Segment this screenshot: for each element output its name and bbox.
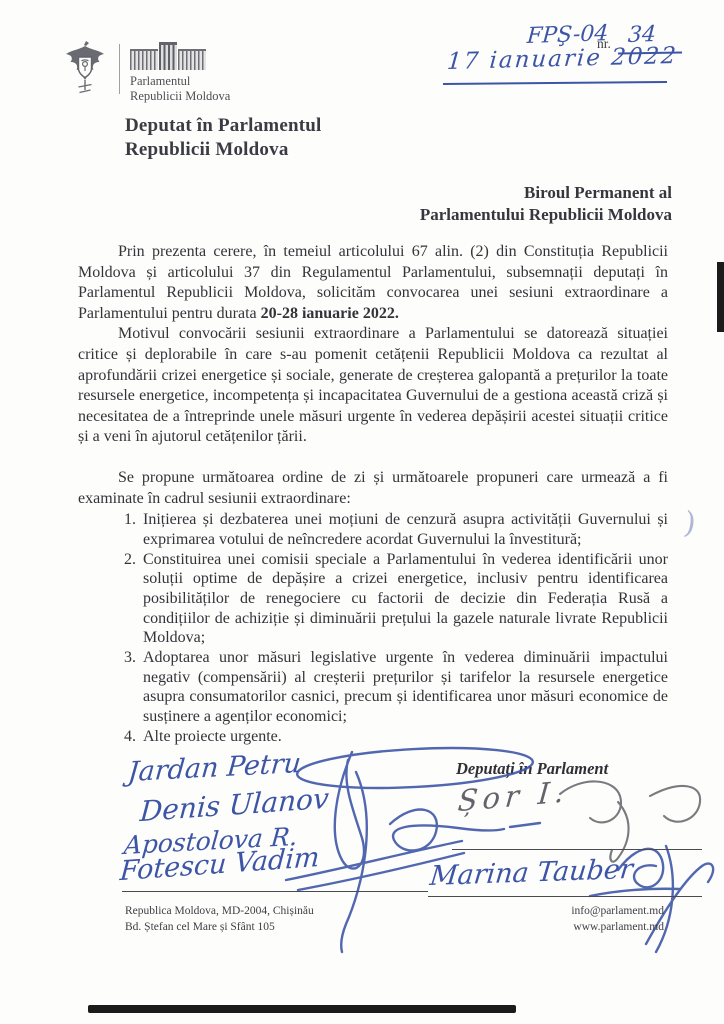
scan-artifact-bottom-edge — [88, 1005, 516, 1013]
footer-address-line1: Republica Moldova, MD-2004, Chișinău — [125, 903, 314, 919]
parliament-building-icon — [130, 44, 206, 70]
scanned-letter-page: Parlamentul Republicii Moldova FPŞ-04 nr… — [0, 0, 724, 1024]
signature-sor: Șor I. — [456, 774, 570, 818]
letter-body: Prin prezenta cerere, în temeiul articol… — [78, 242, 668, 747]
pen-mark-parenthesis: ) — [682, 505, 698, 541]
letterhead-line1: Deputat în Parlamentul — [125, 114, 322, 138]
org-name: Parlamentul Republicii Moldova — [130, 74, 230, 104]
addressee-line1: Biroul Permanent al — [420, 182, 672, 204]
org-name-line1: Parlamentul — [130, 74, 230, 89]
footer-email: info@parlament.md — [571, 903, 664, 919]
agenda-item-3: Adoptarea unor măsuri legislative urgent… — [140, 648, 668, 727]
registration-date-handwritten: 17 ianuarie 2022 — [446, 43, 679, 75]
letterhead-line2: Republicii Moldova — [125, 138, 322, 162]
footer-website: www.parlament.md — [571, 919, 664, 935]
signature-caption: Deputați în Parlament — [456, 759, 608, 779]
agenda-item-1: Inițierea și dezbaterea unei moțiuni de … — [140, 510, 668, 549]
signature-line-left — [122, 891, 428, 892]
agenda-item-2: Constituirea unei comisii speciale a Par… — [140, 550, 668, 649]
logo-divider — [119, 44, 120, 94]
signature-marina-tauber: Marina Tauber — [428, 854, 634, 892]
paragraph-request: Prin prezenta cerere, în temeiul articol… — [78, 242, 668, 324]
footer-address: Republica Moldova, MD-2004, Chișinău Bd.… — [125, 903, 314, 935]
session-dates-bold: 20-28 ianuarie 2022. — [261, 305, 399, 322]
stamp-underline-date — [443, 81, 667, 84]
paragraph-motive: Motivul convocării sesiunii extraordinar… — [78, 324, 668, 448]
addressee-line2: Parlamentului Republicii Moldova — [420, 204, 672, 226]
signature-jardan-petru: Jardan Petru — [127, 748, 303, 788]
letterhead-title: Deputat în Parlamentul Republicii Moldov… — [125, 114, 322, 162]
signature-line-right-upper — [452, 849, 702, 850]
agenda-list: Inițierea și dezbaterea unei moțiuni de … — [78, 510, 668, 746]
coat-of-arms-icon — [63, 40, 107, 96]
agenda-item-4: Alte proiecte urgente. — [140, 727, 668, 747]
addressee-block: Biroul Permanent al Parlamentului Republ… — [420, 182, 672, 226]
scan-artifact-right-edge — [717, 262, 724, 332]
footer-address-line2: Bd. Ștefan cel Mare și Sfânt 105 — [125, 919, 314, 935]
org-name-line2: Republicii Moldova — [130, 89, 230, 104]
signature-line-right-lower — [428, 896, 702, 897]
footer-contacts: info@parlament.md www.parlament.md — [571, 903, 664, 935]
paragraph-agenda-intro: Se propune următoarea ordine de zi și ur… — [78, 468, 668, 509]
signature-denis-ulanov: Denis Ulanov — [139, 782, 330, 828]
